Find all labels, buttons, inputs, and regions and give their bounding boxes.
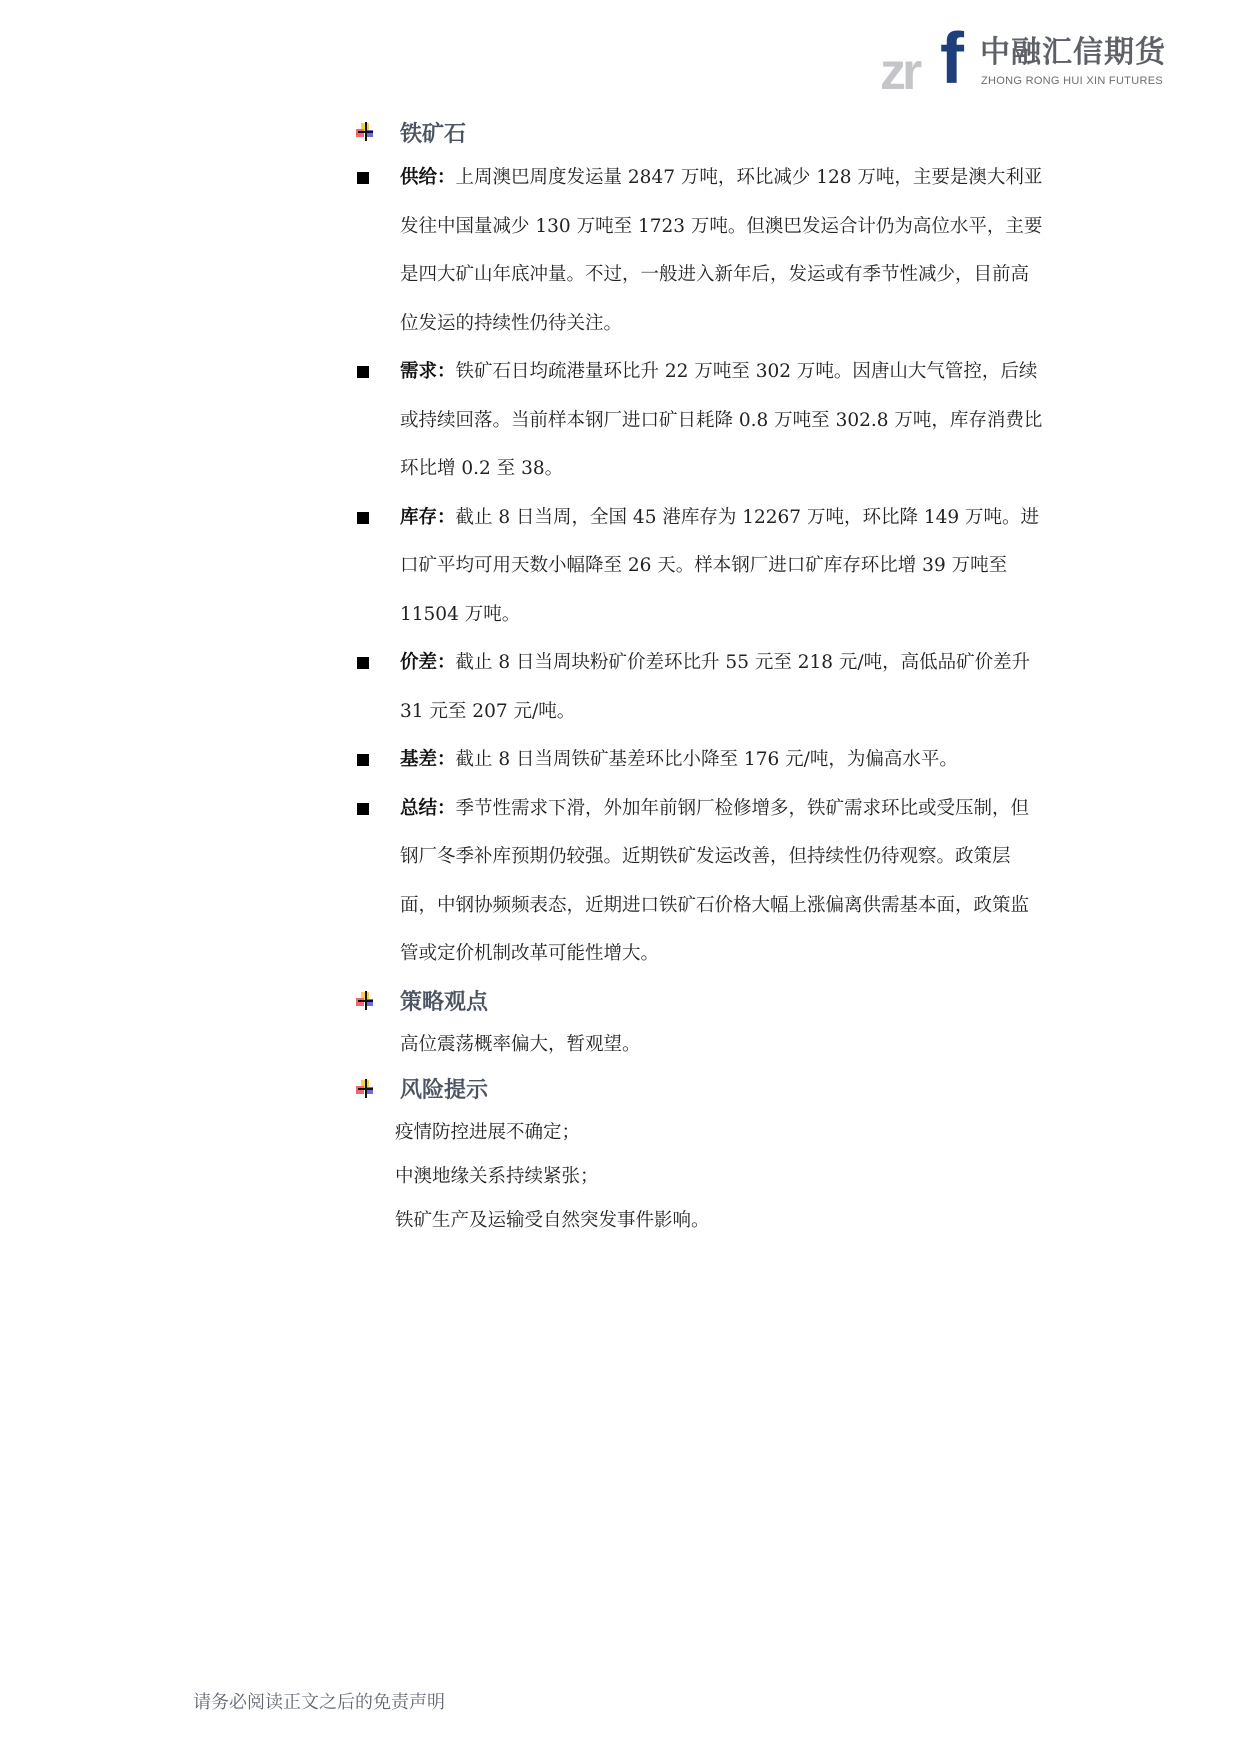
logo-mark-zr: zr (880, 52, 918, 92)
bullet-basis: 基差：截止 8 日当周铁矿基差环比小降至 176 元/吨，为偏高水平。 (355, 736, 1045, 785)
bullet-text: 截止 8 日当周铁矿基差环比小降至 176 元/吨，为偏高水平。 (456, 749, 958, 770)
report-body: 铁矿石 供给：上周澳巴周度发运量 2847 万吨，环比减少 128 万吨，主要是… (355, 110, 1045, 1243)
plus-bullet-icon (355, 990, 377, 1012)
bullet-label: 供给： (400, 167, 456, 188)
square-bullet-icon (357, 172, 369, 184)
bullet-text: 季节性需求下滑，外加年前钢厂检修增多，铁矿需求环比或受压制，但钢厂冬季补库预期仍… (400, 798, 1029, 965)
square-bullet-icon (357, 754, 369, 766)
section-title: 风险提示 (400, 1073, 488, 1104)
bullet-summary: 总结：季节性需求下滑，外加年前钢厂检修增多，铁矿需求环比或受压制，但钢厂冬季补库… (355, 785, 1045, 979)
bullet-label: 基差： (400, 749, 456, 770)
risk-item: 疫情防控进展不确定； (355, 1111, 1045, 1155)
section-title: 策略观点 (400, 985, 488, 1016)
section-heading-strategy: 策略观点 (355, 979, 1045, 1023)
bullet-text: 铁矿石日均疏港量环比升 22 万吨至 302 万吨。因唐山大气管控，后续或持续回… (400, 361, 1042, 479)
logo-mark-f: f (940, 26, 964, 92)
bullet-text: 截止 8 日当周，全国 45 港库存为 12267 万吨，环比降 149 万吨。… (400, 507, 1039, 625)
bullet-label: 库存： (400, 507, 456, 528)
strategy-text: 高位震荡概率偏大，暂观望。 (355, 1023, 1045, 1067)
risk-item: 铁矿生产及运输受自然突发事件影响。 (355, 1199, 1045, 1243)
bullet-label: 需求： (400, 361, 456, 382)
section-heading-iron-ore: 铁矿石 (355, 110, 1045, 154)
section-title: 铁矿石 (400, 117, 466, 148)
section-heading-risk: 风险提示 (355, 1067, 1045, 1111)
bullet-demand: 需求：铁矿石日均疏港量环比升 22 万吨至 302 万吨。因唐山大气管控，后续或… (355, 348, 1045, 494)
square-bullet-icon (357, 803, 369, 815)
risk-item: 中澳地缘关系持续紧张； (355, 1155, 1045, 1199)
square-bullet-icon (357, 657, 369, 669)
footer-disclaimer: 请务必阅读正文之后的免责声明 (193, 1688, 445, 1714)
company-name-en: ZHONG RONG HUI XIN FUTURES (981, 74, 1163, 88)
company-name-cn: 中融汇信期货 (980, 36, 1166, 70)
bullet-supply: 供给：上周澳巴周度发运量 2847 万吨，环比减少 128 万吨，主要是澳大利亚… (355, 154, 1045, 348)
square-bullet-icon (357, 366, 369, 378)
bullet-text: 截止 8 日当周块粉矿价差环比升 55 元至 218 元/吨，高低品矿价差升 3… (400, 652, 1030, 722)
bullet-spread: 价差：截止 8 日当周块粉矿价差环比升 55 元至 218 元/吨，高低品矿价差… (355, 639, 1045, 736)
bullet-label: 价差： (400, 652, 456, 673)
plus-bullet-icon (355, 1078, 377, 1100)
bullet-inventory: 库存：截止 8 日当周，全国 45 港库存为 12267 万吨，环比降 149 … (355, 494, 1045, 640)
bullet-label: 总结： (400, 798, 456, 819)
bullet-text: 上周澳巴周度发运量 2847 万吨，环比减少 128 万吨，主要是澳大利亚发往中… (400, 167, 1042, 334)
company-logo: zr f 中融汇信期货 ZHONG RONG HUI XIN FUTURES (880, 30, 1170, 92)
square-bullet-icon (357, 512, 369, 524)
plus-bullet-icon (355, 121, 377, 143)
